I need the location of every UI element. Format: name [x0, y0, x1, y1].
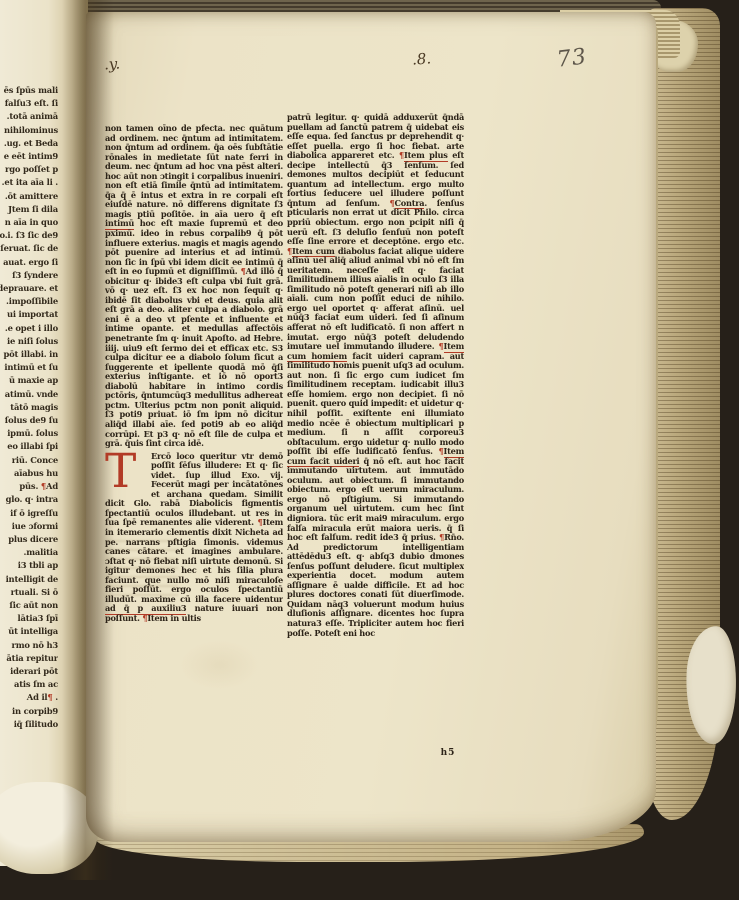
facing-page-line-fragment: pūs. ¶Ad: [0, 480, 58, 493]
facing-page-line-fragment: rmo nō h3: [0, 639, 58, 652]
body-text: Rn̄o. Ad predictorum intelligentiam attē…: [287, 532, 464, 637]
facing-page-line-fragment: rgo poſſet p: [0, 163, 58, 176]
text-column-left: non tamen oīno de pfecta. nec quātum ad …: [105, 124, 283, 752]
facing-page-line-fragment: iq̄ ſilitudo: [0, 718, 58, 731]
body-text: q̄ nō eſt. aut hoc facit immutando uirtu…: [287, 456, 464, 542]
body-text: falſu3 eſt. ſi: [5, 98, 58, 108]
facing-page-line-fragment: e opet i illo.: [0, 322, 58, 335]
body-text: ātia repitur: [6, 653, 58, 663]
facing-page-line-fragment: totā animā.: [0, 110, 58, 123]
quire-mark-left: .y.: [103, 54, 120, 73]
body-text: Item in ultis: [147, 613, 201, 623]
body-text: e eēt intim9: [4, 151, 58, 161]
facing-page-line-fragment: nihilominus: [0, 124, 58, 137]
body-text: aīabus hu: [14, 468, 58, 478]
facing-page-line-fragment: intelligit de: [0, 573, 58, 586]
paragraph: patrū legitur. q· quidā adduxerūt q̄ndā …: [287, 113, 464, 638]
facing-page-line-fragment: . ¶Ad il: [0, 691, 58, 704]
body-text: i3 tbli ap: [18, 560, 58, 570]
body-text: rgo poſſet p: [5, 164, 58, 174]
facing-page-line-fragment: atimū. vnde: [0, 388, 58, 401]
body-text: malitia.: [24, 547, 58, 557]
body-text: pōt illabi. in: [3, 349, 58, 359]
body-text: atis ſm ac: [14, 679, 58, 689]
facing-page-line-fragment: ſolus de9 ſu: [0, 414, 58, 427]
body-text: ū maxie ap: [9, 375, 58, 385]
facing-page-line-fragment: riū. Conce: [0, 454, 58, 467]
body-text: auat. ergo ſi: [3, 257, 58, 267]
facing-page-line-fragment: malitia.: [0, 546, 58, 559]
body-text: ie niſi ſolus: [7, 336, 58, 346]
body-text: lātia3 ſpī: [18, 613, 58, 623]
body-text: iderari pōt: [10, 666, 58, 676]
body-text: iue ɔformi: [12, 521, 58, 531]
body-text: non tamen oīno de pfecta. nec quātum ad …: [105, 124, 283, 219]
body-text: Ad illō q̄ obicitur q· ibide3 eſt culpa …: [105, 266, 283, 448]
facing-page-line-fragment: ipmū. ſolus: [0, 427, 58, 440]
facing-page-line-fragment: plus dicere: [0, 533, 58, 546]
facing-page-line-fragment: ū maxie ap: [0, 374, 58, 387]
body-text: deprauare. et: [0, 283, 58, 293]
facing-page-line-fragment: if ō igreſſu: [0, 507, 58, 520]
body-text: n aīa in quo: [5, 217, 58, 227]
facing-page-line-fragment: atis ſm ac: [0, 678, 58, 691]
body-text: ui importat: [7, 309, 58, 319]
body-text: Ad il: [27, 692, 48, 702]
rubric-pilcrow: ¶: [439, 446, 444, 456]
facing-page-line-fragment: ātia repitur: [0, 652, 58, 665]
text-column-right: patrū legitur. q· quidā adduxerūt q̄ndā …: [287, 113, 464, 761]
facing-page-line-fragment: eo illabi ſpi: [0, 440, 58, 453]
facing-page-line-fragment: ēs ſpūs mali: [0, 84, 58, 97]
body-text: in corpib9: [12, 706, 58, 716]
facing-page-line-fragment: e eēt intim9: [0, 150, 58, 163]
body-text: atimū. vnde: [5, 389, 58, 399]
quire-signature-mark: h5: [418, 748, 478, 758]
rubric-pilcrow: ¶: [439, 341, 444, 351]
body-text: ſic aūt non: [9, 600, 58, 610]
facing-page-line-fragment: n aīa in quo: [0, 216, 58, 229]
rubric-pilcrow: ¶: [390, 198, 395, 208]
paragraph: non tamen oīno de pfecta. nec quātum ad …: [105, 124, 283, 449]
facing-page-line-fragment: o.i. ſ3 ſic de9: [0, 229, 58, 242]
body-text: totā animā.: [7, 111, 58, 121]
body-text: .: [53, 692, 58, 702]
body-text: if ō igreſſu: [10, 508, 58, 518]
body-text: diabolus faciat alique uidere aſinū uel …: [287, 246, 464, 351]
facing-page-line-fragment: ūt intelliga: [0, 625, 58, 638]
facing-page-line-fragment: intimū et ſu: [0, 361, 58, 374]
body-text: ug. et Beda.: [4, 138, 58, 148]
body-text: pūs.: [19, 481, 41, 491]
facing-page-line-fragment: ſeruat. ſic de: [0, 242, 58, 255]
body-text: rtuali. Si ō: [11, 587, 58, 597]
body-text: ēs ſpūs mali: [4, 85, 58, 95]
facing-page-line-fragment: ui importat: [0, 308, 58, 321]
body-text: rmo nō h3: [12, 640, 58, 650]
body-text: intelligit de: [6, 574, 58, 584]
facing-page-line-fragment: impoſſibile.: [0, 295, 58, 308]
body-text: ſ3 ſyndere: [12, 270, 58, 280]
body-text: e opet i illo.: [5, 323, 58, 333]
body-text: riū. Conce: [12, 455, 58, 465]
facing-page-line-fragment: ug. et Beda.: [0, 137, 58, 150]
facing-page-line-fragment: ſic aūt non: [0, 599, 58, 612]
facing-page-line-fragment: tātō magis: [0, 401, 58, 414]
facing-page-line-fragment: i3 tbli ap: [0, 559, 58, 572]
body-text: impoſſibile.: [6, 296, 58, 306]
folio-number: 73: [556, 44, 589, 72]
body-text: intimū et ſu: [4, 362, 58, 372]
quire-mark-center: .8.: [411, 49, 431, 68]
facing-page-line-fragment: rtuali. Si ō: [0, 586, 58, 599]
facing-page-line-fragment: Jtem ſi dila: [0, 203, 58, 216]
body-text: . et ita aīa li.: [2, 177, 58, 187]
body-text: nihilominus: [4, 125, 58, 135]
facing-page-line-fragment: ōt amittere.: [0, 190, 58, 203]
body-text: glo. q· intra: [6, 494, 58, 504]
body-text: eo illabi ſpi: [7, 441, 58, 451]
body-text: facit uideri capram. aut ſimilitudo homi…: [287, 351, 464, 456]
paragraph: TErcō loco queritur vtr demō poſſit ſēſu…: [105, 452, 283, 624]
body-text: Item in itemerario clementis dixit Niche…: [105, 517, 283, 603]
facing-page-line-fragment: pōt illabi. in: [0, 348, 58, 361]
facing-page-line-fragment: falſu3 eſt. ſi: [0, 97, 58, 110]
facing-page-line-fragment: iderari pōt: [0, 665, 58, 678]
body-text: o.i. ſ3 ſic de9: [0, 230, 58, 240]
facing-page-line-fragment: glo. q· intra: [0, 493, 58, 506]
facing-page-line-fragment: ſ3 ſyndere: [0, 269, 58, 282]
body-text: iq̄ ſilitudo: [14, 719, 58, 729]
facing-page-line-fragment: auat. ergo ſi: [0, 256, 58, 269]
body-text: ſeruat. ſic de: [0, 243, 58, 253]
body-text: ōt amittere.: [5, 191, 58, 201]
body-text: ūt intelliga: [8, 626, 58, 636]
facing-page-line-fragment: . et ita aīa li.: [0, 176, 58, 189]
body-text: Ad: [46, 481, 58, 491]
facing-page-text-fragments: ēs ſpūs malifalſu3 eſt. ſitotā animā.nih…: [0, 84, 58, 736]
body-text: Jtem ſi dila: [8, 204, 58, 214]
facing-page-line-fragment: ie niſi ſolus: [0, 335, 58, 348]
drop-cap-initial: T: [105, 453, 149, 491]
facing-page-line-fragment: deprauare. et: [0, 282, 58, 295]
body-text: plus dicere: [8, 534, 58, 544]
facing-page-line-fragment: in corpib9: [0, 705, 58, 718]
facing-page-line-fragment: aīabus hu: [0, 467, 58, 480]
facing-page-line-fragment: lātia3 ſpī: [0, 612, 58, 625]
body-text: tātō magis: [10, 402, 58, 412]
body-text: ſolus de9 ſu: [5, 415, 58, 425]
body-text: ipmū. ſolus: [7, 428, 58, 438]
facing-page-line-fragment: iue ɔformi: [0, 520, 58, 533]
